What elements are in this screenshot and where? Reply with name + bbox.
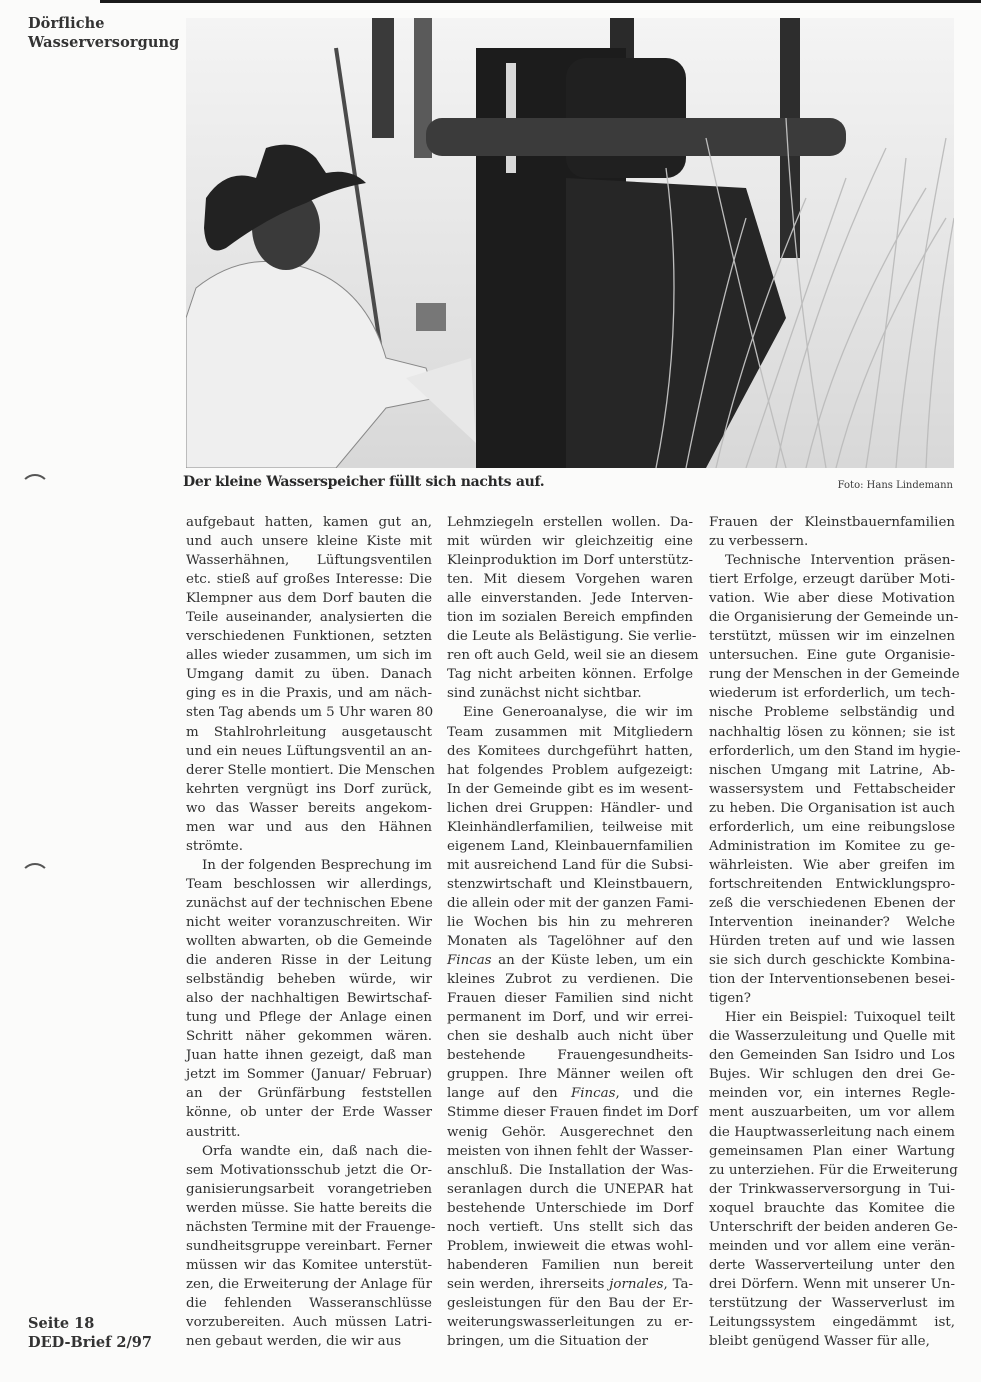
text-line: wo das Wasser bereits angekom- <box>186 799 432 818</box>
text-line: zen, die Erweiterung der Anlage für <box>186 1275 432 1294</box>
text-line: xoquel brauchte das Komitee die <box>709 1199 955 1218</box>
section-title-line-2: Wasserversorgung <box>28 33 179 52</box>
text-line: wollten abwarten, ob die Gemeinde <box>186 932 432 951</box>
text-line: Kleinproduktion im Dorf unterstütz- <box>447 551 693 570</box>
text-line: alle einverstanden. Jede Interven- <box>447 589 693 608</box>
text-line: tion im sozialen Bereich empfinden <box>447 608 693 627</box>
text-line: nachhaltig lösen zu können; sie ist <box>709 723 955 742</box>
photo-caption: Der kleine Wasserspeicher füllt sich nac… <box>183 474 544 490</box>
text-line: lichen drei Gruppen: Händler- und <box>447 799 693 818</box>
text-line: die Hauptwasserleitung nach einem <box>709 1123 955 1142</box>
text-line: drei Dörfern. Wenn mit unserer Un- <box>709 1275 955 1294</box>
text-line: Schritt näher gekommen wären. <box>186 1027 432 1046</box>
text-line: Team beschlossen wir allerdings, <box>186 875 432 894</box>
text-line: ren oft auch Geld, weil sie an diesem <box>447 646 693 665</box>
text-line: Monaten als Tagelöhner auf den <box>447 932 693 951</box>
text-line: die Organisierung der Gemeinde un- <box>709 608 955 627</box>
text-line: eigenem Land, Kleinbauernfamilien <box>447 837 693 856</box>
text-line: Leitungssystem eingedämmt ist, <box>709 1313 955 1332</box>
text-line: wiederum ist erforderlich, um tech- <box>709 684 955 703</box>
text-line: Intervention ineinander? Welche <box>709 913 955 932</box>
text-line: Hier ein Beispiel: Tuixoquel teilt <box>709 1008 955 1027</box>
text-line: strömte. <box>186 837 432 856</box>
text-line: gemeinsamen Plan einer Wartung <box>709 1142 955 1161</box>
text-line: habenderen Familien nun bereit <box>447 1256 693 1275</box>
text-line: noch vertieft. Uns stellt sich das <box>447 1218 693 1237</box>
text-line: an der Grünfärbung feststellen <box>186 1084 432 1103</box>
text-line: tigen? <box>709 989 955 1008</box>
text-line: kleines Zubrot zu verdienen. Die <box>447 970 693 989</box>
text-line: könne, ob unter der Erde Wasser <box>186 1103 432 1122</box>
text-line: ment auszuarbeiten, um vor allem <box>709 1103 955 1122</box>
text-line: zu unterziehen. Für die Erweiterung <box>709 1161 955 1180</box>
text-line: verschiedenen Funktionen, setzten <box>186 627 432 646</box>
text-line: sein werden, ihrerseits jornales, Ta- <box>447 1275 693 1294</box>
text-line: also der nachhaltigen Bewirtschaf- <box>186 989 432 1008</box>
page-footer: Seite 18 DED-Brief 2/97 <box>28 1314 152 1352</box>
text-line: Administration im Komitee zu ge- <box>709 837 955 856</box>
text-line: chen sie deshalb auch nicht über <box>447 1027 693 1046</box>
text-line: die allein oder mit der ganzen Fami- <box>447 894 693 913</box>
section-title: Dörfliche Wasserversorgung <box>28 14 179 52</box>
text-line: Orfa wandte ein, daß nach die- <box>186 1142 432 1161</box>
text-line: derte Wasserverteilung unter den <box>709 1256 955 1275</box>
text-line: sie sich durch geschickte Kombina- <box>709 951 955 970</box>
text-line: ten. Mit diesem Vorgehen waren <box>447 570 693 589</box>
text-line: bestehende Frauengesundheits- <box>447 1046 693 1065</box>
punch-hole-mark <box>20 863 50 893</box>
text-line: wenig Gehör. Ausgerechnet den <box>447 1123 693 1142</box>
text-line: Bujes. Wir schlugen den drei Ge- <box>709 1065 955 1084</box>
text-line: ging es in die Praxis, und am näch- <box>186 684 432 703</box>
text-line: nen gebaut werden, die wir aus <box>186 1332 432 1351</box>
text-line: Frauen dieser Familien sind nicht <box>447 989 693 1008</box>
text-line: die fehlenden Wasseranschlüsse <box>186 1294 432 1313</box>
text-line: fortschreitenden Entwicklungspro- <box>709 875 955 894</box>
text-line: tung und Pflege der Anlage einen <box>186 1008 432 1027</box>
text-line: sem Motivationsschub jetzt die Or- <box>186 1161 432 1180</box>
text-line: vation. Wie aber diese Motivation <box>709 589 955 608</box>
text-line: Umgang damit zu üben. Danach <box>186 665 432 684</box>
article-column-3: Frauen der Kleinstbauernfamilienzu verbe… <box>709 513 955 1351</box>
text-line: sind zunächst nicht sichtbar. <box>447 684 693 703</box>
text-line: Klempner aus dem Dorf bauten die <box>186 589 432 608</box>
text-line: der Trinkwasserversorgung in Tui- <box>709 1180 955 1199</box>
text-line: meinden und vor allem eine verän- <box>709 1237 955 1256</box>
text-line: Eine Generoanalyse, die wir im <box>447 703 693 722</box>
top-rule <box>100 0 981 3</box>
text-line: des Komitees durchgeführt hatten, <box>447 742 693 761</box>
text-line: Kleinhändlerfamilien, teilweise mit <box>447 818 693 837</box>
text-line: mit würden wir gleichzeitig eine <box>447 532 693 551</box>
text-line: Lehmziegeln erstellen wollen. Da- <box>447 513 693 532</box>
text-line: vorzubereiten. Auch müssen Latri- <box>186 1313 432 1332</box>
text-line: m Stahlrohrleitung ausgetauscht <box>186 723 432 742</box>
text-line: men war und aus den Hähnen <box>186 818 432 837</box>
text-line: terstützt, müssen wir im einzelnen <box>709 627 955 646</box>
text-line: Tag nicht arbeiten können. Erfolge <box>447 665 693 684</box>
text-line: zu heben. Die Organisation ist auch <box>709 799 955 818</box>
text-line: untersuchen. Eine gute Organisie- <box>709 646 955 665</box>
text-line: stenzwirtschaft und Kleinstbauern, <box>447 875 693 894</box>
text-line: zeß die verschiedenen Ebenen der <box>709 894 955 913</box>
text-line: währleisten. Wie aber greifen im <box>709 856 955 875</box>
text-line: Technische Intervention präsen- <box>709 551 955 570</box>
text-line: gruppen. Ihre Männer weilen oft <box>447 1065 693 1084</box>
text-line: Team zusammen mit Mitgliedern <box>447 723 693 742</box>
text-line: aufgebaut hatten, kamen gut an, <box>186 513 432 532</box>
text-line: und ein neues Lüftungsventil an an- <box>186 742 432 761</box>
text-line: nicht weiter voranzuschreiten. Wir <box>186 913 432 932</box>
text-line: tion der Interventionsebenen besei- <box>709 970 955 989</box>
text-line: mit ausreichend Land für die Subsi- <box>447 856 693 875</box>
photo-credit: Foto: Hans Lindemann <box>838 480 953 491</box>
text-line: derer Stelle montiert. Die Menschen <box>186 761 432 780</box>
text-line: rung der Menschen in der Gemeinde <box>709 665 955 684</box>
text-line: Stimme dieser Frauen findet im Dorf <box>447 1103 693 1122</box>
text-line: wassersystem und Fettabscheider <box>709 780 955 799</box>
text-line: gesleistungen für den Bau der Er- <box>447 1294 693 1313</box>
text-line: nische Probleme selbständig und <box>709 703 955 722</box>
text-line: In der Gemeinde gibt es im wesent- <box>447 780 693 799</box>
text-line: die anderen Risse in der Leitung <box>186 951 432 970</box>
text-line: anschluß. Die Installation der Was- <box>447 1161 693 1180</box>
text-line: jetzt im Sommer (Januar/ Februar) <box>186 1065 432 1084</box>
text-line: zunächst auf der technischen Ebene <box>186 894 432 913</box>
text-line: lie Wochen bis hin zu mehreren <box>447 913 693 932</box>
text-line: austritt. <box>186 1123 432 1142</box>
text-line: die Leute als Belästigung. Sie verlie- <box>447 627 693 646</box>
text-line: Juan hatte ihnen gezeigt, daß man <box>186 1046 432 1065</box>
text-line: ganisierungsarbeit vorangetrieben <box>186 1180 432 1199</box>
text-line: Unterschrift der beiden anderen Ge- <box>709 1218 955 1237</box>
section-title-line-1: Dörfliche <box>28 14 179 33</box>
text-line: kehrten vergnügt ins Dorf zurück, <box>186 780 432 799</box>
text-line: bringen, um die Situation der <box>447 1332 693 1351</box>
article-column-1: aufgebaut hatten, kamen gut an,und auch … <box>186 513 432 1351</box>
text-line: erforderlich, um eine reibungslose <box>709 818 955 837</box>
text-line: den Gemeinden San Isidro und Los <box>709 1046 955 1065</box>
text-line: In der folgenden Besprechung im <box>186 856 432 875</box>
text-line: nächsten Termine mit der Frauenge- <box>186 1218 432 1237</box>
text-line: bleibt genügend Wasser für alle, <box>709 1332 955 1351</box>
text-line: müssen wir das Komitee unterstüt- <box>186 1256 432 1275</box>
text-line: erforderlich, um den Stand im hygie- <box>709 742 955 761</box>
text-line: Hürden treten auf und wie lassen <box>709 932 955 951</box>
text-line: sten Tag abends um 5 Uhr waren 80 <box>186 703 432 722</box>
text-line: sundheitsgruppe vereinbart. Ferner <box>186 1237 432 1256</box>
article-photo <box>186 18 954 468</box>
text-line: alles wieder zusammen, um sich im <box>186 646 432 665</box>
text-line: permanent im Dorf, und wir errei- <box>447 1008 693 1027</box>
text-line: nischen Umgang mit Latrine, Ab- <box>709 761 955 780</box>
text-line: bestehende Unterschiede im Dorf <box>447 1199 693 1218</box>
text-line: Frauen der Kleinstbauernfamilien <box>709 513 955 532</box>
punch-hole-mark <box>20 474 50 504</box>
text-line: lange auf den Fincas, und die <box>447 1084 693 1103</box>
text-line: werden müsse. Sie hatte bereits die <box>186 1199 432 1218</box>
text-line: meinden vor, ein internes Regle- <box>709 1084 955 1103</box>
text-line: Fincas an der Küste leben, um ein <box>447 951 693 970</box>
text-line: selbständig beheben würde, wir <box>186 970 432 989</box>
photo-man-with-hat-at-water-tank-icon <box>186 18 954 468</box>
text-line: Teile auseinander, analysierten die <box>186 608 432 627</box>
text-line: zu verbessern. <box>709 532 955 551</box>
text-line: weiterungswasserleitungen zu er- <box>447 1313 693 1332</box>
text-line: Wasserhähnen, Lüftungsventilen <box>186 551 432 570</box>
article-column-2: Lehmziegeln erstellen wollen. Da-mit wür… <box>447 513 693 1351</box>
text-line: die Wasserzuleitung und Quelle mit <box>709 1027 955 1046</box>
text-line: seranlagen durch die UNEPAR hat <box>447 1180 693 1199</box>
text-line: Problem, inwieweit die etwas wohl- <box>447 1237 693 1256</box>
text-line: meisten von ihnen fehlt der Wasser- <box>447 1142 693 1161</box>
text-line: und auch unsere kleine Kiste mit <box>186 532 432 551</box>
text-line: terstützung der Wasserverlust im <box>709 1294 955 1313</box>
text-line: tiert Erfolge, erzeugt darüber Moti- <box>709 570 955 589</box>
page-number: Seite 18 <box>28 1314 152 1333</box>
publication-issue: DED-Brief 2/97 <box>28 1333 152 1352</box>
text-line: hat folgendes Problem aufgezeigt: <box>447 761 693 780</box>
text-line: etc. stieß auf großes Interesse: Die <box>186 570 432 589</box>
